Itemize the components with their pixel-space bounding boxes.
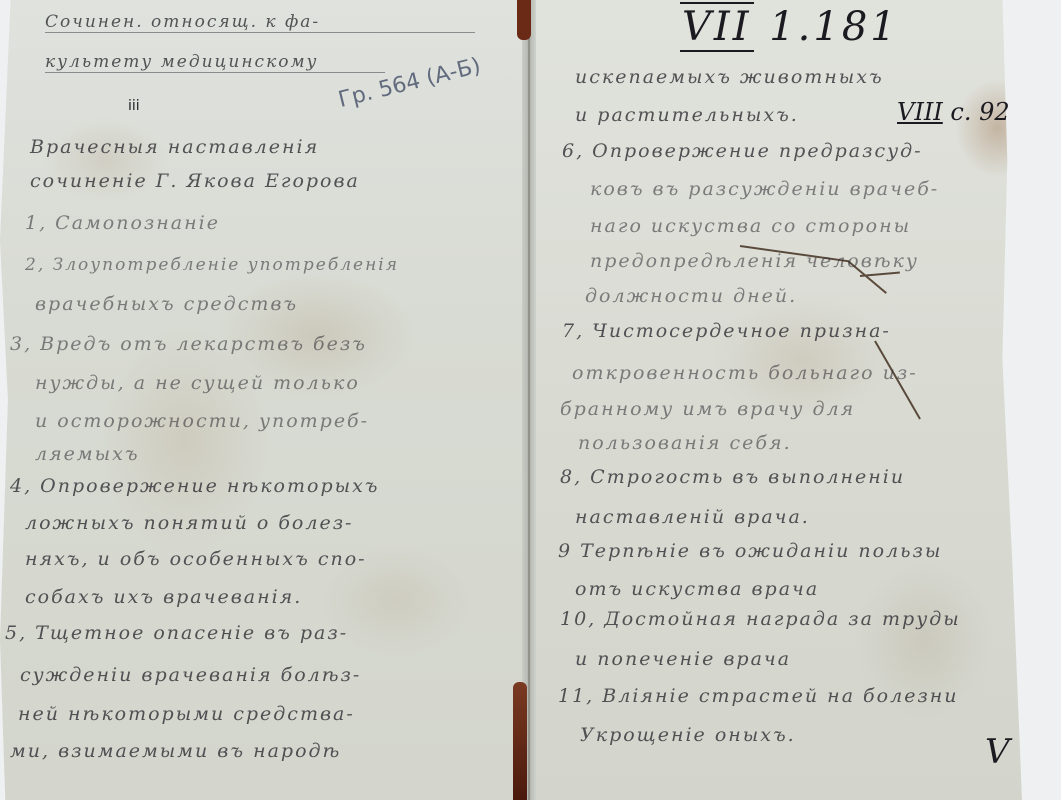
right-line: 8, Строгость въ выполненіи — [560, 466, 905, 488]
left-line: нужды, а не сущей только — [35, 372, 360, 394]
secondary-shelfmark-roman: VIII — [897, 98, 943, 126]
left-line: ней нѣкоторыми средства- — [18, 703, 355, 725]
left-line: сужденіи врачеванія болѣз- — [20, 664, 361, 686]
right-line: искепаемыхъ животныхъ — [575, 66, 884, 88]
shelfmark-number: 1.181 — [769, 4, 899, 50]
right-line: 6, Опровержение предразсуд- — [562, 140, 923, 162]
right-line: и попеченіе врача — [575, 648, 791, 670]
left-line: 4, Опровержение нѣкоторыхъ — [10, 475, 379, 497]
left-line: 2, Злоупотребленіе употребленія — [25, 255, 399, 275]
left-line: сочиненіе Г. Якова Егорова — [30, 170, 360, 192]
secondary-shelfmark: VIII с. 92 — [897, 98, 1010, 126]
right-line: наго искуства со стороны — [590, 215, 911, 237]
right-line: бранному имъ врачу для — [560, 398, 855, 420]
right-line: наставленій врача. — [575, 506, 810, 528]
shelfmark: VII 1.181 — [680, 4, 899, 50]
right-line: 10, Достойная награда за труды — [560, 608, 961, 630]
right-line: 7, Чистосердечное призна- — [562, 320, 891, 342]
manuscript-photo: Сочинен. относящ. к фа- культету медицин… — [0, 0, 1061, 800]
right-line: и растительныхъ. — [575, 104, 799, 126]
left-line: Врачесныя наставленія — [30, 136, 319, 158]
left-line: собахъ ихъ врачеванія. — [25, 586, 302, 608]
right-line: отъ искуства врача — [575, 578, 819, 600]
right-line: 11, Вліяніе страстей на болезни — [558, 685, 959, 707]
right-line: Укрощеніе оныхъ. — [580, 724, 796, 746]
left-line: ляемыхъ — [35, 443, 140, 465]
right-line: предопредѣленія человѣку — [590, 250, 919, 272]
page-mark: ііі — [128, 98, 140, 114]
book-spine — [522, 0, 536, 800]
left-line: ложныхъ понятий о болез- — [25, 512, 353, 534]
left-line: няхъ, и объ особенныхъ спо- — [25, 548, 367, 570]
shelfmark-roman: VII — [680, 2, 754, 52]
right-line: 9 Терпѣніе въ ожиданіи пользы — [558, 540, 942, 562]
right-line: откровенность больнаго из- — [572, 362, 918, 384]
spine-damage-bottom — [513, 682, 527, 800]
left-line: врачебныхъ средствъ — [35, 293, 298, 315]
right-line: должности дней. — [585, 285, 797, 307]
left-line: 5, Тщетное опасеніе въ раз- — [5, 622, 348, 644]
left-line: и осторожности, употреб- — [35, 410, 369, 432]
right-line: ковъ въ разсужденіи врачеб- — [590, 178, 939, 200]
left-line: 1, Самопознаніе — [25, 212, 220, 234]
secondary-shelfmark-rest: с. 92 — [950, 98, 1009, 126]
left-line: 3, Вредъ отъ лекарствъ безъ — [10, 333, 367, 355]
right-line: пользованія себя. — [578, 432, 792, 454]
spine-damage-top — [517, 0, 531, 40]
left-line: ми, взимаемыми въ народѣ — [10, 740, 341, 762]
left-title-line-1: Сочинен. относящ. к фа- — [45, 12, 475, 33]
corner-mark: V — [985, 732, 1010, 772]
left-title-line-2: культету медицинскому — [45, 52, 385, 73]
